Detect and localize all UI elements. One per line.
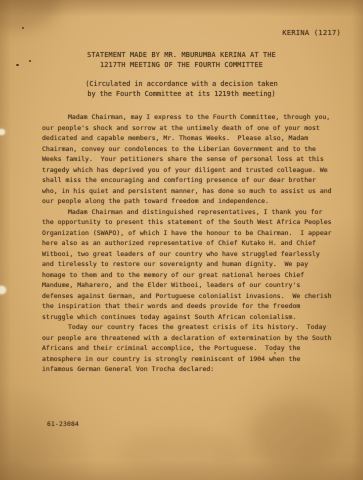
document-ref: KERINA (1217) xyxy=(282,29,341,37)
paragraph-swapo-introduction: Madam Chairman and distinguished represe… xyxy=(42,207,333,323)
note-line-1: (Circulated in accordance with a decisio… xyxy=(0,80,363,90)
paragraph-condolences: Madam Chairman, may I express to the Fou… xyxy=(42,112,333,207)
paper-chip xyxy=(0,286,6,294)
document-page: KERINA (1217) STATEMENT MADE BY MR. MBUR… xyxy=(0,0,363,480)
document-number: 61-23084 xyxy=(47,421,79,428)
paragraph-crisis: Today our country faces the greatest cri… xyxy=(42,322,333,375)
circulation-note: (Circulated in accordance with a decisio… xyxy=(0,80,363,100)
note-line-2: by the Fourth Committee at its 1219th me… xyxy=(0,90,363,100)
title-line-1: STATEMENT MADE BY MR. MBURUMBA KERINA AT… xyxy=(0,51,363,61)
document-title: STATEMENT MADE BY MR. MBURUMBA KERINA AT… xyxy=(0,51,363,71)
document-body: Madam Chairman, may I express to the Fou… xyxy=(42,112,333,375)
paper-stain xyxy=(0,0,60,30)
paper-stain xyxy=(250,400,340,470)
title-line-2: 1217TH MEETING OF THE FOURTH COMMITTEE xyxy=(0,61,363,71)
paper-chip xyxy=(0,129,5,135)
paper-stain xyxy=(120,430,240,480)
